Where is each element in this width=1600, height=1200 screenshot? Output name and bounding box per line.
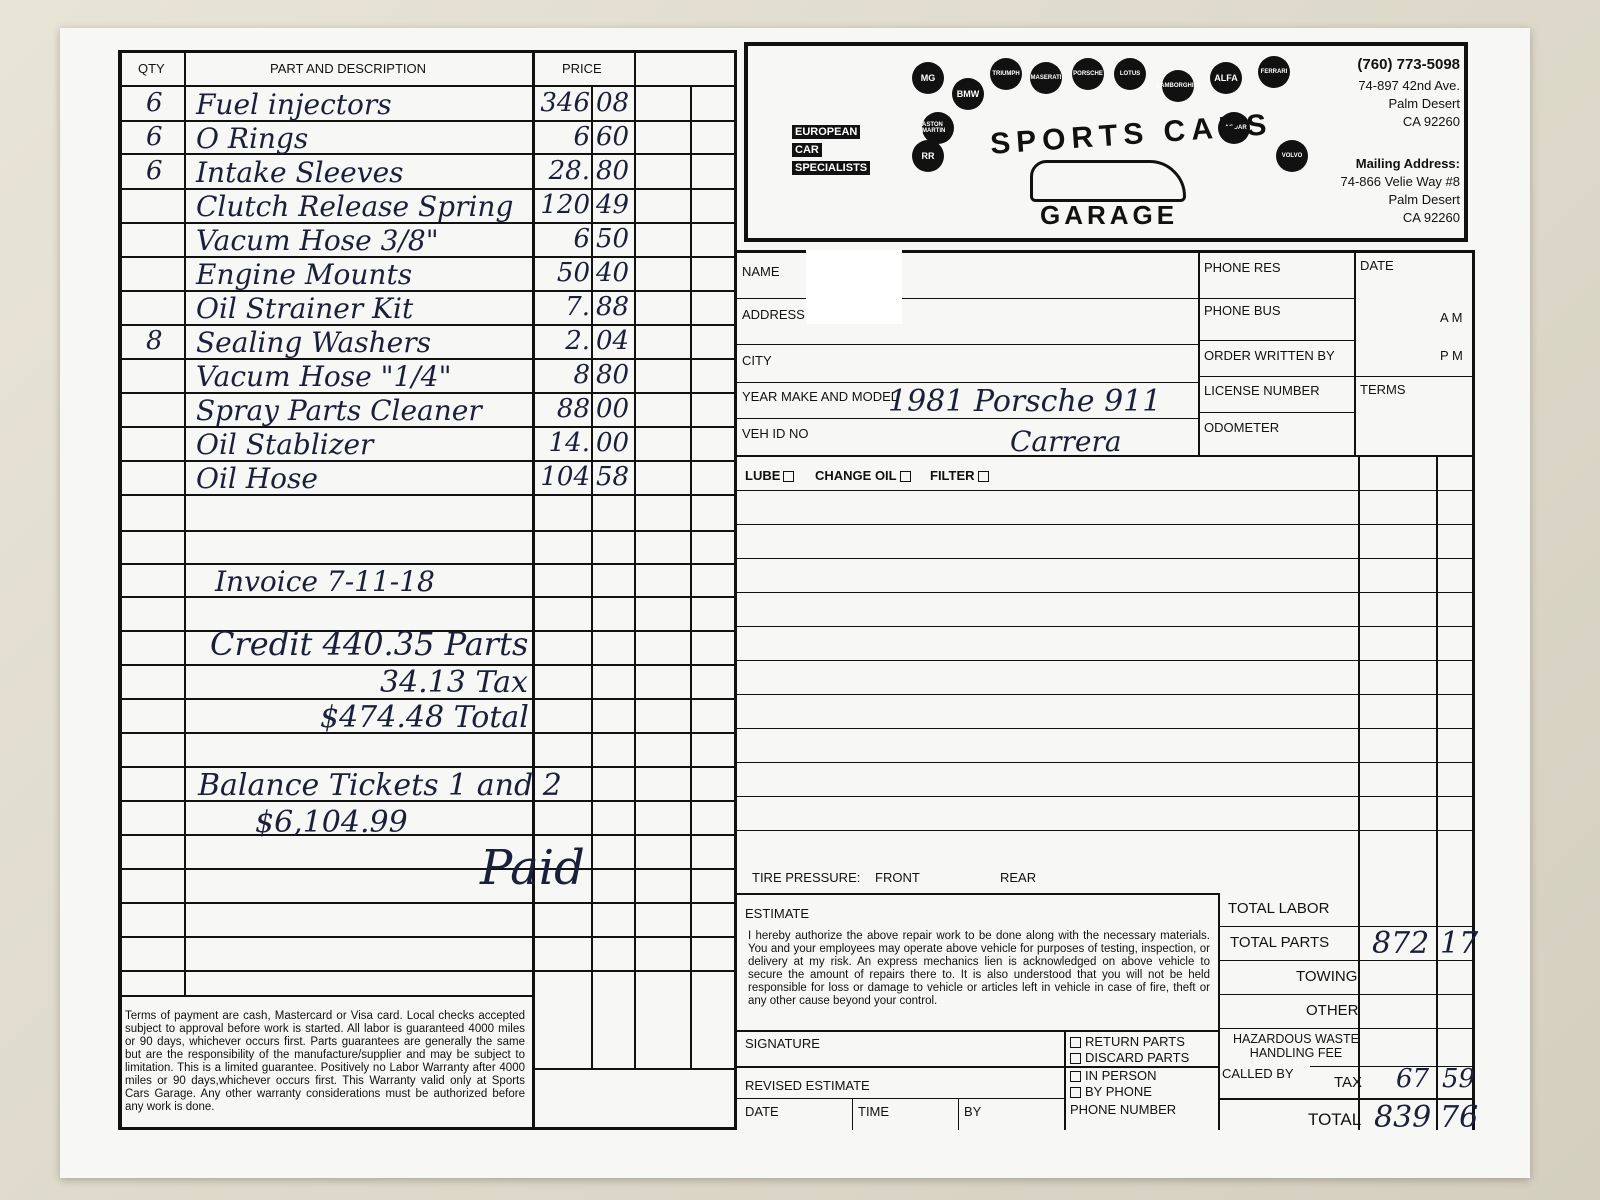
- brand-logo-icon: MG: [912, 62, 944, 94]
- date-label: DATE: [1360, 258, 1394, 273]
- lube-checkbox[interactable]: LUBE: [745, 468, 794, 483]
- row-cents: 58: [596, 462, 629, 492]
- name-label: NAME: [742, 264, 780, 279]
- row-description: Clutch Release Spring: [196, 190, 513, 223]
- row-description: Sealing Washers: [196, 326, 431, 359]
- row-description: Vacum Hose "1/4": [196, 360, 451, 393]
- mailing-line1: 74-866 Velie Way #8: [1341, 174, 1460, 189]
- total-dollars: 839: [1374, 1100, 1431, 1135]
- badge-european: EUROPEAN: [792, 125, 860, 139]
- credit-note: Credit 440.35 Parts: [210, 625, 528, 663]
- row-cents: 60: [596, 122, 629, 152]
- brand-logo-icon: ALFA: [1210, 62, 1242, 94]
- row-cents: 08: [596, 88, 629, 118]
- tax-label: TAX: [1334, 1074, 1362, 1091]
- row-description: Engine Mounts: [196, 258, 412, 291]
- paid-signature: Paid: [480, 840, 585, 896]
- called-by-label: CALLED BY: [1222, 1066, 1294, 1081]
- total-note: $474.48 Total: [320, 700, 529, 735]
- brand-logo-icon: TRIUMPH: [990, 58, 1022, 90]
- brand-logo-icon: RR: [912, 140, 944, 172]
- row-description: Spray Parts Cleaner: [196, 394, 482, 427]
- redacted-name: [806, 250, 902, 324]
- revised-estimate-label: REVISED ESTIMATE: [745, 1078, 870, 1093]
- row-cents: 40: [596, 258, 629, 288]
- filter-checkbox[interactable]: FILTER: [930, 468, 989, 483]
- row-description: Vacum Hose 3/8": [196, 224, 439, 257]
- brand-logo-icon: FERRARI: [1258, 56, 1290, 88]
- ymm-label: YEAR MAKE AND MODEL: [742, 389, 898, 404]
- by-phone-checkbox[interactable]: BY PHONE: [1070, 1084, 1152, 1099]
- brand-logo-icon: VOLVO: [1276, 140, 1308, 172]
- total-parts-dollars: 872: [1372, 926, 1429, 961]
- city-label: CITY: [742, 353, 772, 368]
- row-description: O Rings: [196, 122, 308, 155]
- order-written-label: ORDER WRITTEN BY: [1204, 348, 1335, 363]
- pm-label: P M: [1440, 348, 1463, 363]
- row-qty: 6: [146, 156, 163, 186]
- row-cents: 80: [596, 360, 629, 390]
- change-oil-checkbox[interactable]: CHANGE OIL: [815, 468, 911, 483]
- total-parts-cents: 17: [1440, 926, 1478, 961]
- address-line2: Palm Desert: [1388, 96, 1460, 111]
- row-cents: 00: [596, 394, 629, 424]
- balance-note: Balance Tickets 1 and 2: [198, 768, 562, 803]
- row-dollars: 2.: [538, 326, 590, 356]
- in-person-checkbox[interactable]: IN PERSON: [1070, 1068, 1157, 1083]
- brand-bottom: GARAGE: [1040, 200, 1178, 231]
- balance-amount: $6,104.99: [255, 805, 408, 840]
- terms-text: Terms of payment are cash, Mastercard or…: [125, 1010, 525, 1114]
- terms-label: TERMS: [1360, 382, 1406, 397]
- brand-logo-icon: LOTUS: [1114, 58, 1146, 90]
- mailing-line2: Palm Desert: [1388, 192, 1460, 207]
- address-label: ADDRESS: [742, 307, 805, 322]
- vin-label: VEH ID NO: [742, 426, 808, 441]
- odometer-label: ODOMETER: [1204, 420, 1279, 435]
- car-icon: [1030, 160, 1186, 202]
- license-label: LICENSE NUMBER: [1204, 383, 1320, 398]
- mailing-line3: CA 92260: [1403, 210, 1460, 225]
- row-cents: 50: [596, 224, 629, 254]
- authorization-text: I hereby authorize the above repair work…: [748, 930, 1210, 1008]
- row-description: Fuel injectors: [196, 88, 392, 121]
- tax-cents: 59: [1442, 1064, 1475, 1094]
- row-dollars: 14.: [538, 428, 590, 458]
- row-cents: 80: [596, 156, 629, 186]
- am-label: A M: [1440, 310, 1462, 325]
- phone-number-label: PHONE NUMBER: [1070, 1102, 1176, 1117]
- front-label: FRONT: [875, 870, 920, 885]
- row-description: Intake Sleeves: [196, 156, 404, 189]
- row-description: Oil Stablizer: [196, 428, 373, 461]
- row-dollars: 88: [538, 394, 590, 424]
- towing-label: TOWING: [1296, 968, 1357, 985]
- row-dollars: 346: [538, 88, 590, 118]
- tax-note: 34.13 Tax: [380, 665, 528, 700]
- by-field-label: BY: [964, 1104, 981, 1119]
- brand-logo-icon: BMW: [952, 78, 984, 110]
- brand-logo-icon: MASERATI: [1030, 62, 1062, 94]
- badge-specialists: SPECIALISTS: [792, 161, 870, 175]
- address-line3: CA 92260: [1403, 114, 1460, 129]
- discard-parts-checkbox[interactable]: DISCARD PARTS: [1070, 1050, 1189, 1065]
- mailing-label: Mailing Address:: [1356, 156, 1460, 171]
- row-dollars: 6: [538, 224, 590, 254]
- rear-label: REAR: [1000, 870, 1036, 885]
- shop-phone: (760) 773-5098: [1357, 56, 1460, 73]
- row-cents: 00: [596, 428, 629, 458]
- invoice-note: Invoice 7-11-18: [215, 565, 435, 598]
- brand-logo-icon: LAMBORGHINI: [1162, 70, 1194, 102]
- row-cents: 88: [596, 292, 629, 322]
- row-dollars: 104: [538, 462, 590, 492]
- badge-car: CAR: [792, 143, 822, 157]
- price-header: PRICE: [562, 61, 602, 76]
- vin-value: Carrera: [1010, 425, 1122, 458]
- tax-dollars: 67: [1396, 1064, 1429, 1094]
- total-parts-label: TOTAL PARTS: [1230, 934, 1329, 951]
- phone-res-label: PHONE RES: [1204, 260, 1281, 275]
- estimate-label: ESTIMATE: [745, 906, 809, 921]
- row-qty: 8: [146, 326, 163, 356]
- total-label: TOTAL: [1308, 1110, 1361, 1130]
- address-line1: 74-897 42nd Ave.: [1358, 78, 1460, 93]
- date-field-label: DATE: [745, 1104, 779, 1119]
- row-dollars: 7.: [538, 292, 590, 322]
- time-field-label: TIME: [858, 1104, 889, 1119]
- row-cents: 49: [596, 190, 629, 220]
- row-qty: 6: [146, 122, 163, 152]
- qty-header: QTY: [138, 61, 165, 76]
- tire-pressure-label: TIRE PRESSURE:: [752, 870, 860, 885]
- row-dollars: 8: [538, 360, 590, 390]
- row-cents: 04: [596, 326, 629, 356]
- return-parts-checkbox[interactable]: RETURN PARTS: [1070, 1034, 1185, 1049]
- row-description: Oil Strainer Kit: [196, 292, 413, 325]
- row-dollars: 50: [538, 258, 590, 288]
- total-labor-label: TOTAL LABOR: [1228, 900, 1329, 917]
- hazardous-waste-label: HAZARDOUS WASTE HANDLING FEE: [1226, 1032, 1366, 1060]
- total-cents: 76: [1440, 1100, 1478, 1135]
- row-dollars: 28.: [538, 156, 590, 186]
- phone-bus-label: PHONE BUS: [1204, 303, 1281, 318]
- signature-label: SIGNATURE: [745, 1036, 820, 1051]
- brand-logo-icon: PORSCHE: [1072, 58, 1104, 90]
- description-header: PART AND DESCRIPTION: [270, 61, 426, 76]
- row-dollars: 6: [538, 122, 590, 152]
- ymm-value: 1981 Porsche 911: [888, 384, 1161, 419]
- row-qty: 6: [146, 88, 163, 118]
- other-label: OTHER: [1306, 1002, 1359, 1019]
- row-dollars: 120: [538, 190, 590, 220]
- row-description: Oil Hose: [196, 462, 318, 495]
